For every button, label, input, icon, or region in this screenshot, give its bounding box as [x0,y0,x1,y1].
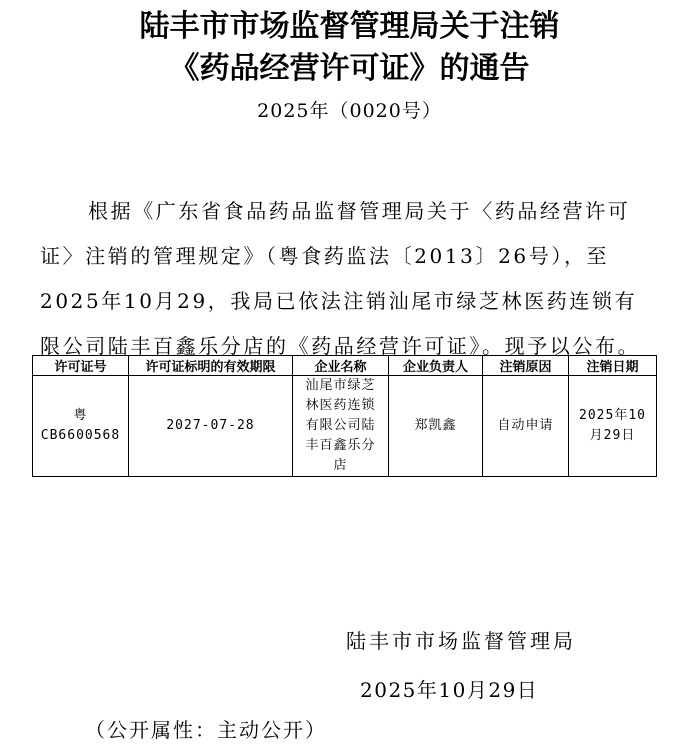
header-reason: 注销原因 [483,356,569,376]
body-line: 根据《广东省食品药品监督管理局关于〈药品经营许可 [40,189,660,234]
notice-title-line2: 《药品经营许可证》的通告 [0,51,699,87]
license-prefix: 粤 [33,406,128,426]
cell-person-in-charge: 郑凯鑫 [389,376,483,477]
cell-license-no: 粤 CB6600568 [33,376,129,477]
notice-body: 根据《广东省食品药品监督管理局关于〈药品经营许可 证〉注销的管理规定》（粤食药监… [40,189,660,369]
cancel-date-line2: 月29日 [569,426,656,446]
notice-title-line1: 陆丰市市场监督管理局关于注销 [0,9,699,45]
cell-company: 汕尾市绿芝林医药连锁有限公司陆丰百鑫乐分店 [293,376,389,477]
table-row: 粤 CB6600568 2027-07-28 汕尾市绿芝林医药连锁有限公司陆丰百… [33,376,657,477]
license-number: CB6600568 [33,426,128,446]
body-line: 证〉注销的管理规定》（粤食药监法〔2013〕26号），至 [40,234,660,279]
cancellation-table: 许可证号 许可证标明的有效期限 企业名称 企业负责人 注销原因 注销日期 粤 C… [32,355,657,477]
cell-cancel-date: 2025年10 月29日 [569,376,657,477]
header-valid-until: 许可证标明的有效期限 [129,356,293,376]
cell-valid-until: 2027-07-28 [129,376,293,477]
table-header-row: 许可证号 许可证标明的有效期限 企业名称 企业负责人 注销原因 注销日期 [33,356,657,376]
company-name: 汕尾市绿芝林医药连锁有限公司陆丰百鑫乐分店 [301,376,381,476]
body-line: 2025年10月29，我局已依法注销汕尾市绿芝林医药连锁有 [40,279,660,324]
header-license-no: 许可证号 [33,356,129,376]
header-person-in-charge: 企业负责人 [389,356,483,376]
disclosure-attribute: （公开属性：主动公开） [85,714,327,743]
header-cancel-date: 注销日期 [569,356,657,376]
cell-reason: 自动申请 [483,376,569,477]
issuer-signature: 陆丰市市场监督管理局 [346,625,576,654]
cancel-date-line1: 2025年10 [569,406,656,426]
document-number: 2025年（0020号） [0,96,699,123]
header-company: 企业名称 [293,356,389,376]
issue-date: 2025年10月29日 [360,674,538,703]
